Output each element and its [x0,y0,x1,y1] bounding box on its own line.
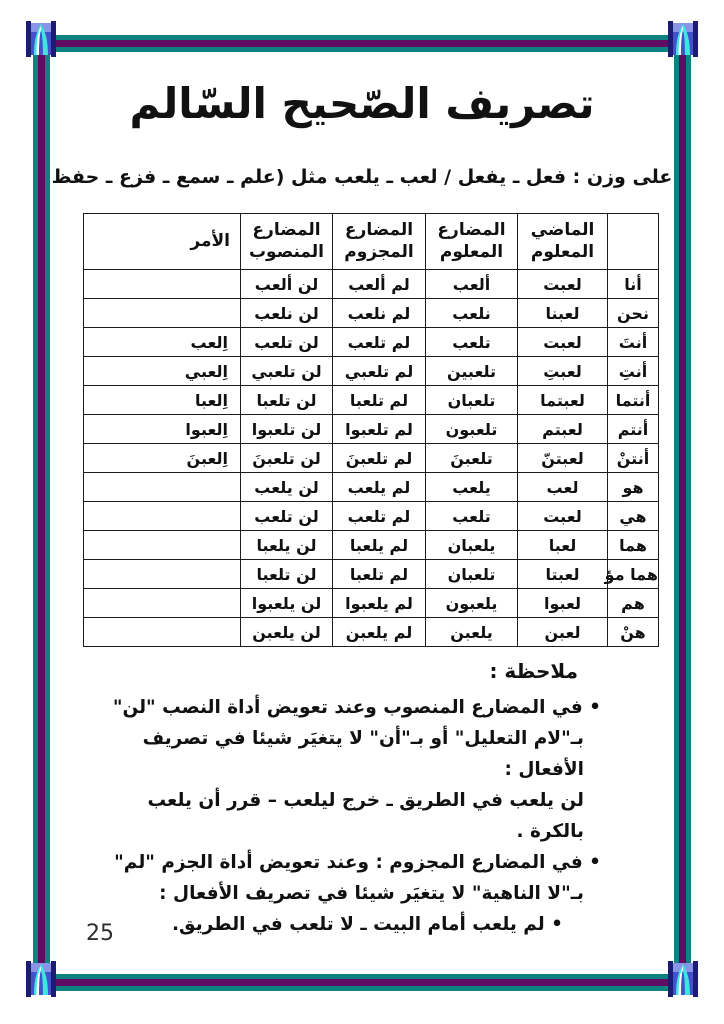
cell-present-jussive: لم يلعبوا [333,589,426,618]
cell-imperative [84,299,241,328]
cell-pronoun: أنتم [608,415,659,444]
table-row: هما مؤلعبتاتلعبانلم تلعبالن تلعبا [84,560,659,589]
corner-arch-ornament-icon [26,961,56,997]
page-number: 25 [86,921,114,946]
cell-present-jussive: لم تلعبا [333,560,426,589]
cell-pronoun: هي [608,502,659,531]
cell-present-subjunctive: لن تلعب [241,502,333,531]
cell-imperative [84,560,241,589]
cell-present-jussive: لم تلعبي [333,357,426,386]
corner-arch-ornament-icon [26,21,56,57]
cell-imperative [84,531,241,560]
header-present-jussive: المضارع المجزوم [333,214,426,270]
page-title: تصريف الصّحيح السّالم [0,72,724,135]
cell-pronoun: أنتما [608,386,659,415]
cell-past-known: لعبتِ [518,357,608,386]
cell-present-jussive: لم تلعبوا [333,415,426,444]
cell-present-jussive: لم تلعب [333,502,426,531]
cell-present-known: تلعبان [426,560,518,589]
cell-present-subjunctive: لن تلعب [241,328,333,357]
corner-arch-ornament-icon [668,961,698,997]
cell-present-subjunctive: لن يلعبا [241,531,333,560]
table-row: أنالعبتألعبلم ألعبلن ألعب [84,270,659,299]
notes-section: ملاحظة : في المضارع المنصوب وعند تعويض أ… [95,656,640,940]
cell-present-known: يلعبون [426,589,518,618]
page-border-bottom [33,974,691,991]
table-row: همالعبايلعبانلم يلعبالن يلعبا [84,531,659,560]
page-border-top [33,35,691,52]
cell-imperative [84,270,241,299]
cell-present-subjunctive: لن يلعبوا [241,589,333,618]
table-row: هيلعبتتلعبلم تلعبلن تلعب [84,502,659,531]
conjugation-table-body: أنالعبتألعبلم ألعبلن ألعبنحنلعبنانلعبلم … [84,270,659,647]
header-past-known: الماضي المعلوم [518,214,608,270]
cell-past-known: لعب [518,473,608,502]
cell-past-known: لعبتما [518,386,608,415]
table-row: أنتمالعبتماتلعبانلم تلعبالن تلعبااِلعبا [84,386,659,415]
table-header-row: الماضي المعلوم المضارع المعلوم المضارع ا… [84,214,659,270]
cell-present-subjunctive: لن تلعبي [241,357,333,386]
cell-imperative [84,589,241,618]
conjugation-table: الماضي المعلوم المضارع المعلوم المضارع ا… [83,213,659,647]
table-row: هملعبوايلعبونلم يلعبوالن يلعبوا [84,589,659,618]
cell-imperative: اِلعبنَ [84,444,241,473]
cell-past-known: لعبن [518,618,608,647]
cell-pronoun: أنا [608,270,659,299]
cell-present-subjunctive: لن تلعبا [241,560,333,589]
cell-imperative [84,502,241,531]
cell-present-subjunctive: لن يلعب [241,473,333,502]
cell-past-known: لعبت [518,328,608,357]
cell-present-subjunctive: لن تلعبا [241,386,333,415]
cell-present-known: تلعبون [426,415,518,444]
cell-present-known: يلعب [426,473,518,502]
cell-pronoun: أنتَ [608,328,659,357]
cell-present-subjunctive: لن تلعبنَ [241,444,333,473]
cell-present-jussive: لم تلعبا [333,386,426,415]
cell-pronoun: هنْ [608,618,659,647]
cell-present-subjunctive: لن تلعبوا [241,415,333,444]
cell-past-known: لعبنا [518,299,608,328]
cell-pronoun: هما مؤ [608,560,659,589]
cell-past-known: لعبوا [518,589,608,618]
cell-past-known: لعبتم [518,415,608,444]
cell-present-jussive: لم يلعبن [333,618,426,647]
table-row: أنتَلعبتتلعبلم تلعبلن تلعباِلعب [84,328,659,357]
cell-present-known: تلعب [426,328,518,357]
cell-present-known: تلعبنَ [426,444,518,473]
cell-past-known: لعبتنّ [518,444,608,473]
header-present-known: المضارع المعلوم [426,214,518,270]
cell-past-known: لعبت [518,270,608,299]
cell-imperative: اِلعبا [84,386,241,415]
notes-heading: ملاحظة : [95,656,578,687]
header-pronoun [608,214,659,270]
cell-present-jussive: لم نلعب [333,299,426,328]
cell-present-known: ألعب [426,270,518,299]
cell-present-jussive: لم تلعبنَ [333,444,426,473]
table-row: أنتِلعبتِتلعبينلم تلعبيلن تلعبياِلعبي [84,357,659,386]
corner-arch-ornament-icon [668,21,698,57]
header-imperative: الأمر [84,214,241,270]
table-row: هنْلعبنيلعبنلم يلعبنلن يلعبن [84,618,659,647]
cell-present-subjunctive: لن ألعب [241,270,333,299]
note-item: لم يلعب أمام البيت ـ لا تلعب في الطريق. [95,909,640,940]
cell-present-known: تلعب [426,502,518,531]
cell-present-known: يلعبن [426,618,518,647]
cell-pronoun: هم [608,589,659,618]
cell-present-jussive: لم يلعبا [333,531,426,560]
header-present-subjunctive: المضارع المنصوب [241,214,333,270]
cell-present-known: تلعبان [426,386,518,415]
cell-present-subjunctive: لن نلعب [241,299,333,328]
cell-present-known: نلعب [426,299,518,328]
cell-pronoun: نحن [608,299,659,328]
cell-imperative [84,473,241,502]
cell-present-known: تلعبين [426,357,518,386]
table-row: أنتملعبتمتلعبونلم تلعبوالن تلعبوااِلعبوا [84,415,659,444]
cell-present-jussive: لم تلعب [333,328,426,357]
cell-pronoun: هو [608,473,659,502]
cell-pronoun: أنتِ [608,357,659,386]
cell-present-known: يلعبان [426,531,518,560]
note-item: في المضارع المنصوب وعند تعويض أداة النصب… [95,692,640,785]
cell-imperative: اِلعبوا [84,415,241,444]
cell-imperative: اِلعبي [84,357,241,386]
note-item: لن يلعب في الطريق ـ خرج ليلعب – قرر أن ي… [95,785,640,847]
table-row: هولعبيلعبلم يلعبلن يلعب [84,473,659,502]
notes-list: في المضارع المنصوب وعند تعويض أداة النصب… [95,692,640,940]
cell-pronoun: أنتنْ [608,444,659,473]
cell-pronoun: هما [608,531,659,560]
cell-present-subjunctive: لن يلعبن [241,618,333,647]
cell-imperative: اِلعب [84,328,241,357]
note-item: في المضارع المجزوم : وعند تعويض أداة الج… [95,847,640,909]
cell-past-known: لعبا [518,531,608,560]
cell-present-jussive: لم ألعب [333,270,426,299]
page-subtitle: على وزن : فعل ـ يفعل / لعب ـ يلعب مثل (ع… [0,166,724,188]
table-row: أنتنْلعبتنّتلعبنَلم تلعبنَلن تلعبنَاِلعب… [84,444,659,473]
cell-present-jussive: لم يلعب [333,473,426,502]
cell-imperative [84,618,241,647]
cell-past-known: لعبت [518,502,608,531]
table-row: نحنلعبنانلعبلم نلعبلن نلعب [84,299,659,328]
cell-past-known: لعبتا [518,560,608,589]
